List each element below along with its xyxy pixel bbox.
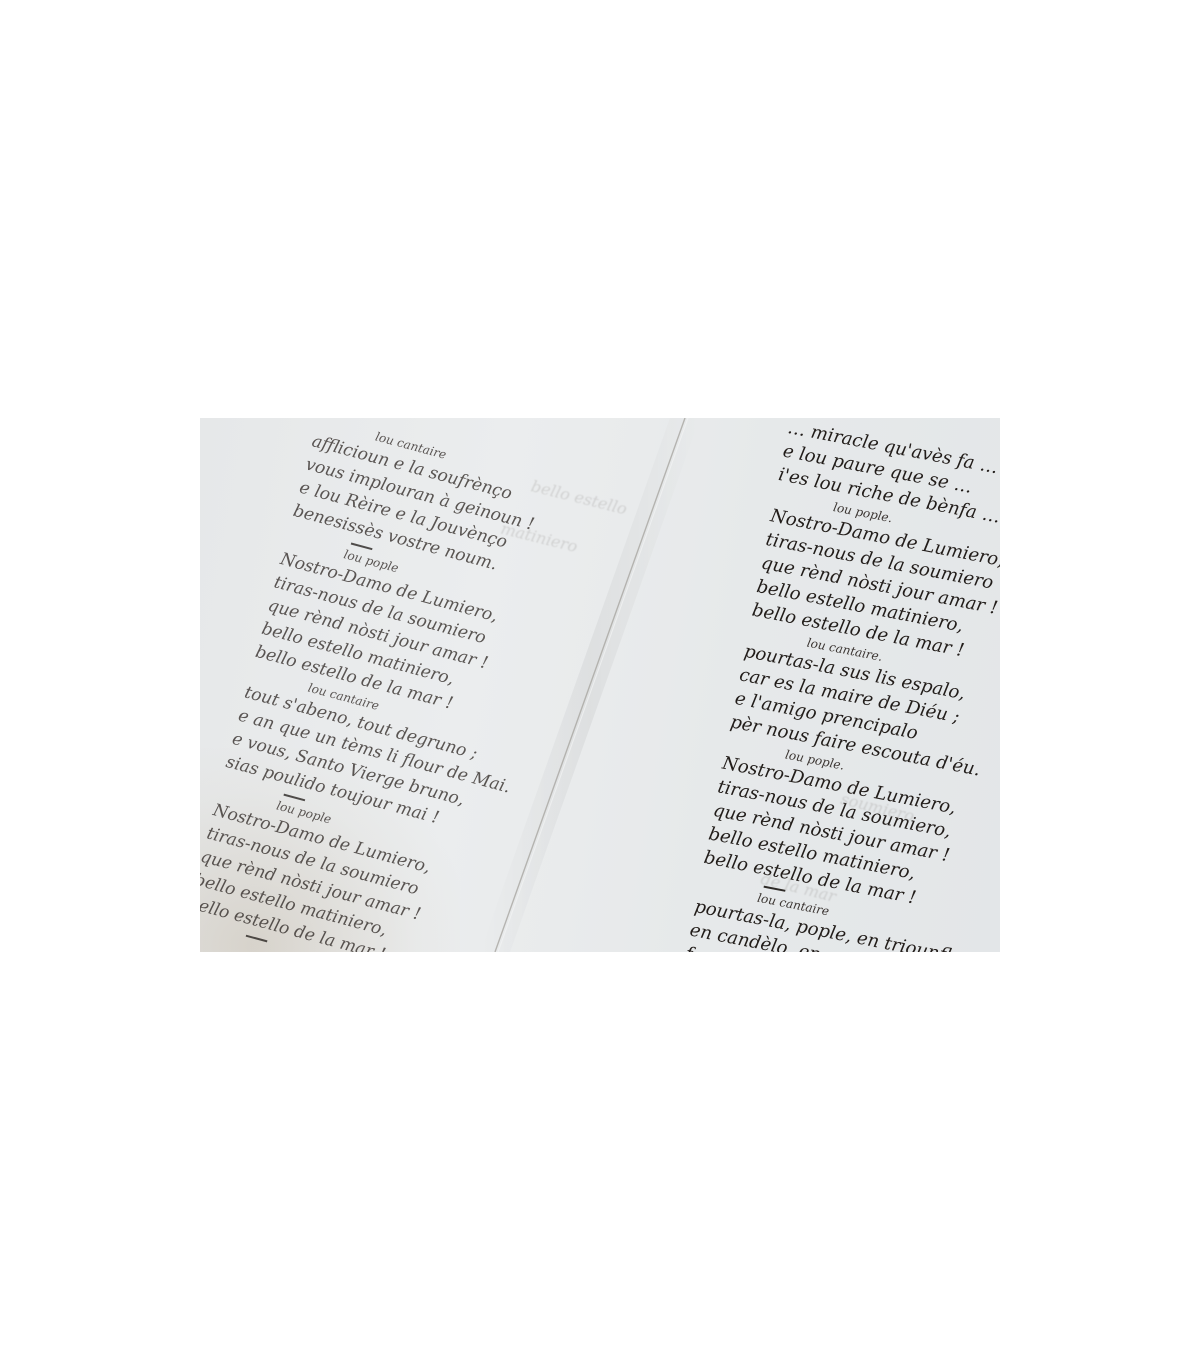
manuscript-photo: lou cantaireafflicioun e la soufrènçovou… (200, 418, 1000, 952)
page-fold-gutter (200, 418, 1000, 952)
